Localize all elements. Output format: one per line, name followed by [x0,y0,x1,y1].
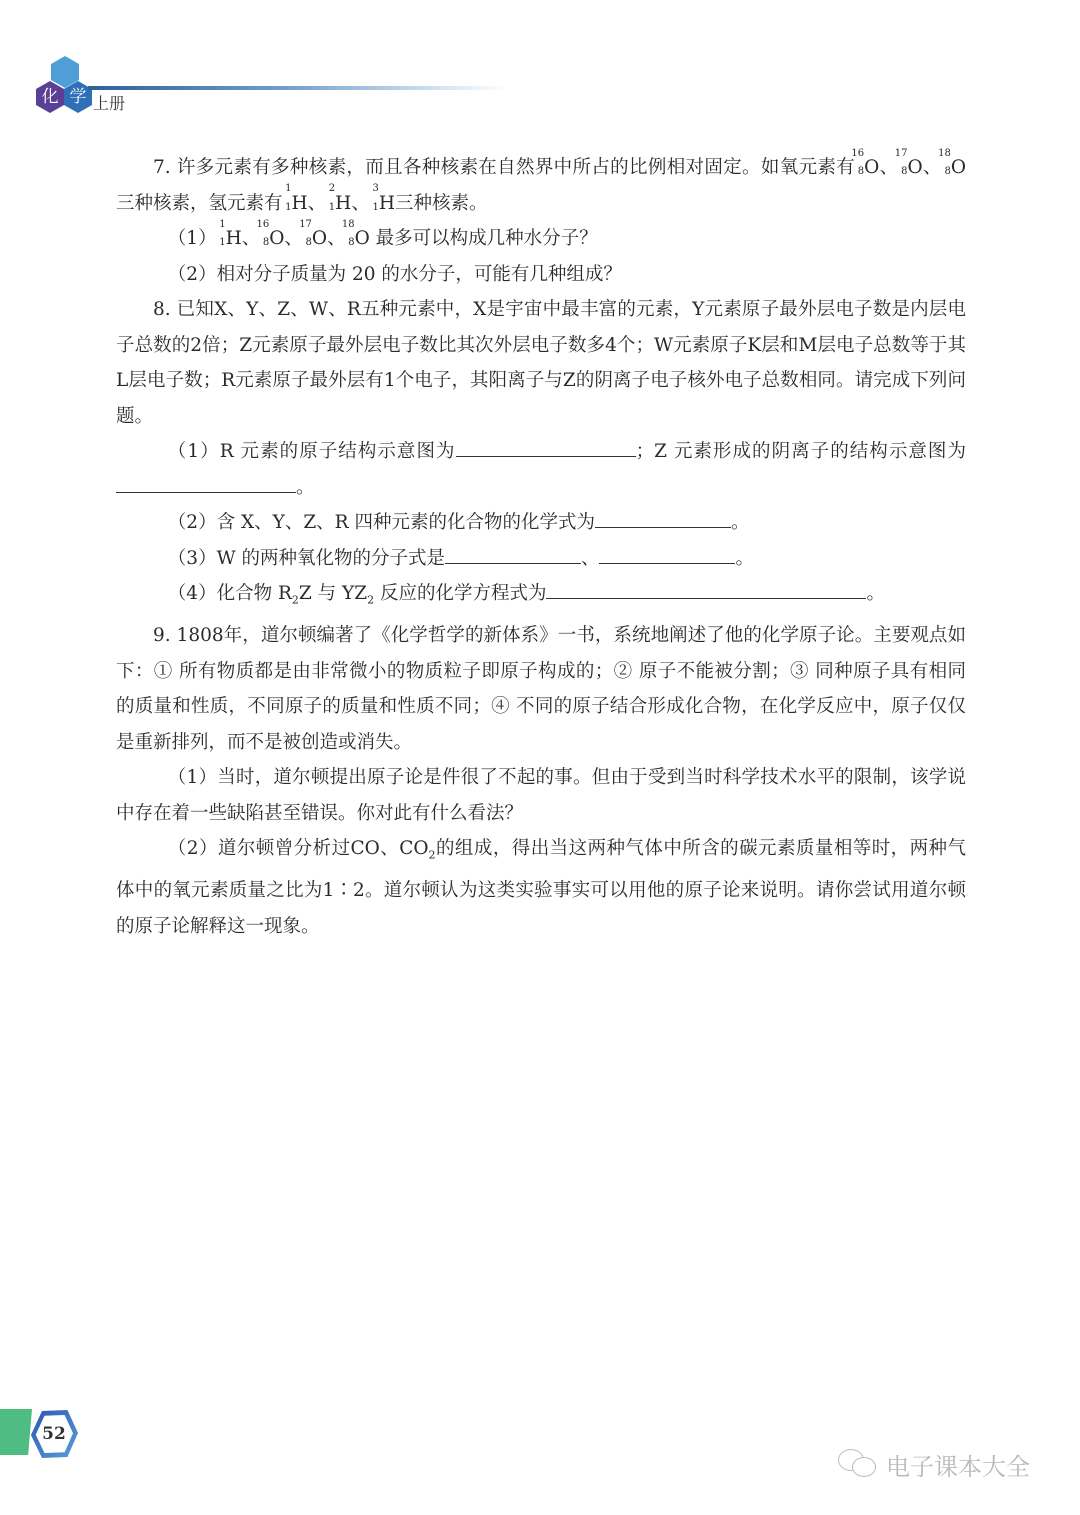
question-7-part-1: （1）11H、168O、178O、188O 最多可以构成几种水分子？ [116,221,966,257]
book-part-label: 上册 [93,91,125,114]
page-number: 52 [35,1415,73,1453]
question-8-part-3: （3）W 的两种氧化物的分子式是、。 [116,541,966,577]
subject-char: 化 [36,81,64,113]
watermark-text: 电子课本大全 [886,1447,1030,1482]
question-8-intro: 8. 已知X、Y、Z、W、R五种元素中，X是宇宙中最丰富的元素，Y元素原子最外层… [116,292,966,434]
answer-blank[interactable] [546,576,866,599]
wechat-icon [838,1449,878,1479]
answer-blank[interactable] [599,541,735,564]
header-rule [88,86,508,90]
question-7-part-2: （2）相对分子质量为 20 的水分子，可能有几种组成？ [116,257,966,293]
isotope-h2: 21 [326,190,335,209]
page-header: 化 学 上册 [0,0,1080,130]
question-8-part-4: （4）化合物 R2Z 与 YZ2 反应的化学方程式为。 [116,576,966,618]
footer-band [0,1409,32,1455]
answer-blank[interactable] [445,541,581,564]
isotope-h1: 11 [283,190,292,209]
question-8-part-1: （1）R 元素的原子结构示意图为；Z 元素形成的阴离子的结构示意图为。 [116,434,966,505]
answer-blank[interactable] [116,470,296,493]
question-9-part-2: （2）道尔顿曾分析过CO、CO2的组成，得出当这两种气体中所含的碳元素质量相等时… [116,831,966,944]
isotope-o18: 188 [942,155,951,174]
watermark: 电子课本大全 [838,1447,1030,1481]
question-9-part-1: （1）当时，道尔顿提出原子论是件很了不起的事。但由于受到当时科学技术水平的限制，… [116,760,966,831]
isotope-h3: 31 [370,190,379,209]
question-9-intro: 9. 1808年，道尔顿编著了《化学哲学的新体系》一书，系统地阐述了他的化学原子… [116,618,966,760]
question-8-part-2: （2）含 X、Y、Z、R 四种元素的化合物的化学式为。 [116,505,966,541]
answer-blank[interactable] [456,434,636,457]
question-7-intro: 7. 许多元素有多种核素，而且各种核素在自然界中所占的比例相对固定。如氧元素有1… [116,150,966,221]
answer-blank[interactable] [595,505,731,528]
page-body: 7. 许多元素有多种核素，而且各种核素在自然界中所占的比例相对固定。如氧元素有1… [116,150,966,944]
